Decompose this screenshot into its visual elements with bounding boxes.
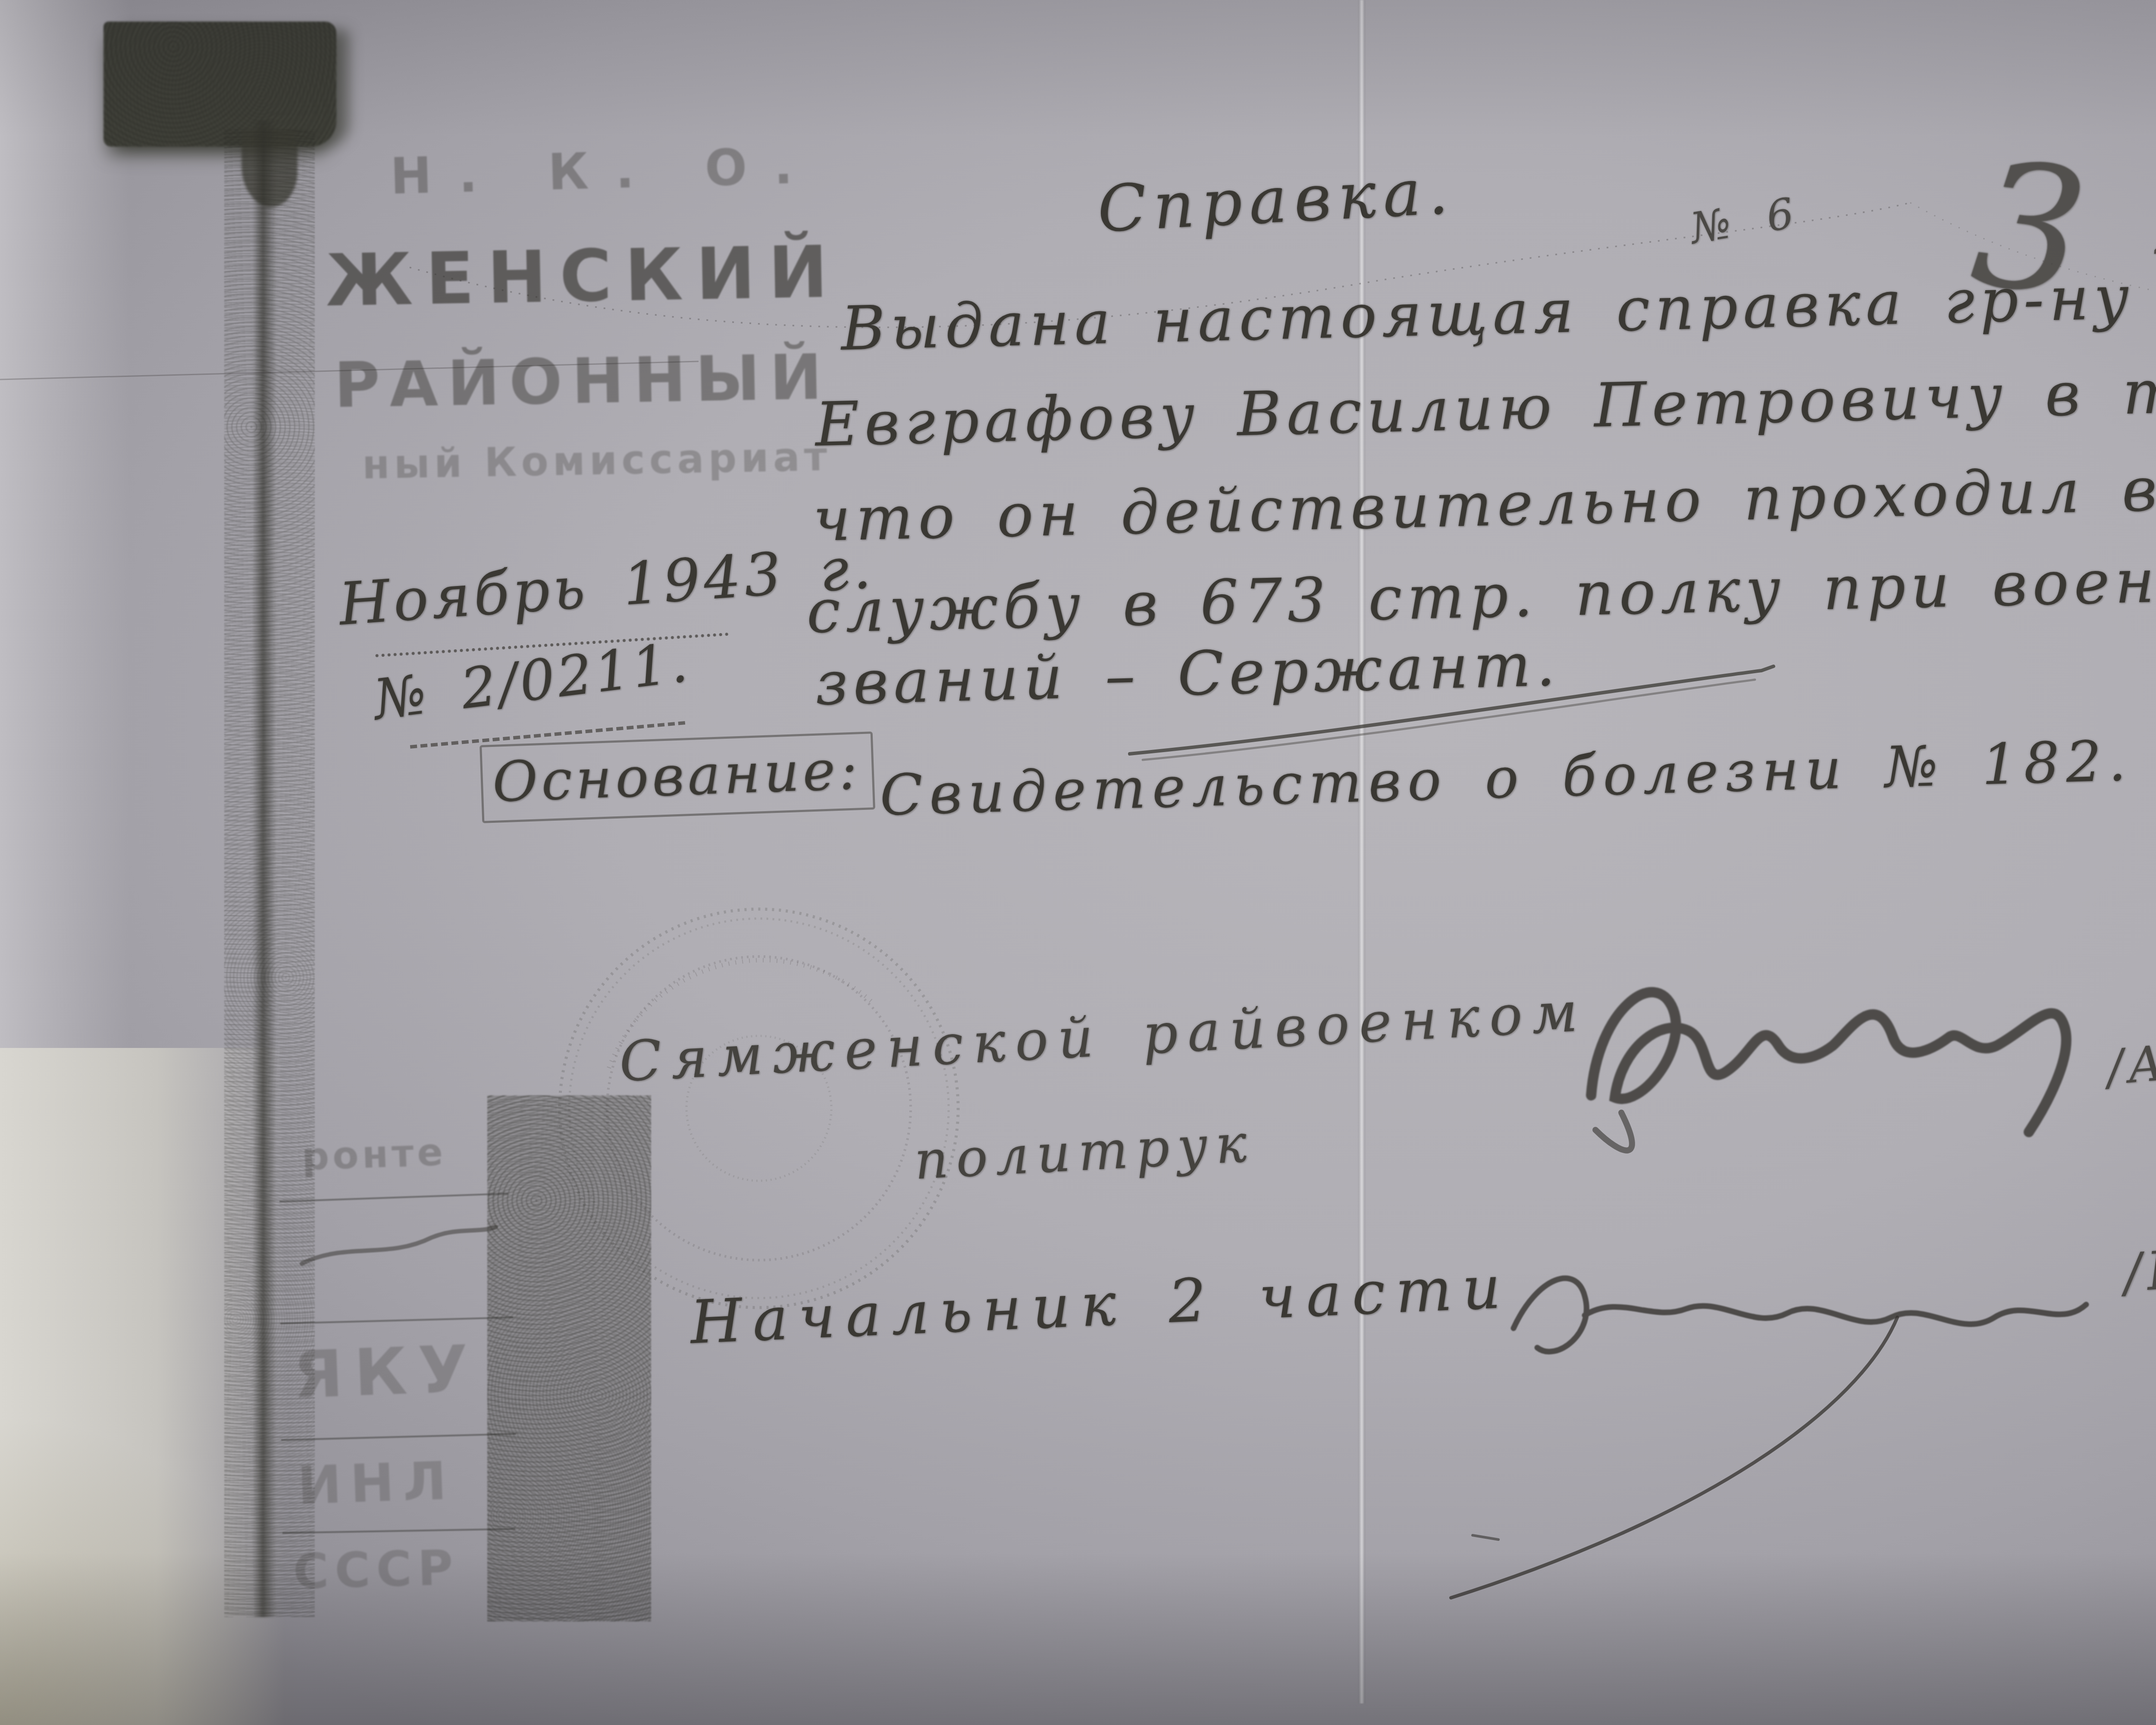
edge-fragment-4: СССР <box>292 1540 460 1600</box>
edge-fragment-3: ИНЛ <box>297 1450 456 1517</box>
photographed-document: Н. К. О. ЖЕНСКИЙ РАЙОННЫЙ ный Комиссариа… <box>0 0 2156 1725</box>
edge-fragment-2: ЯКУ <box>292 1332 481 1413</box>
